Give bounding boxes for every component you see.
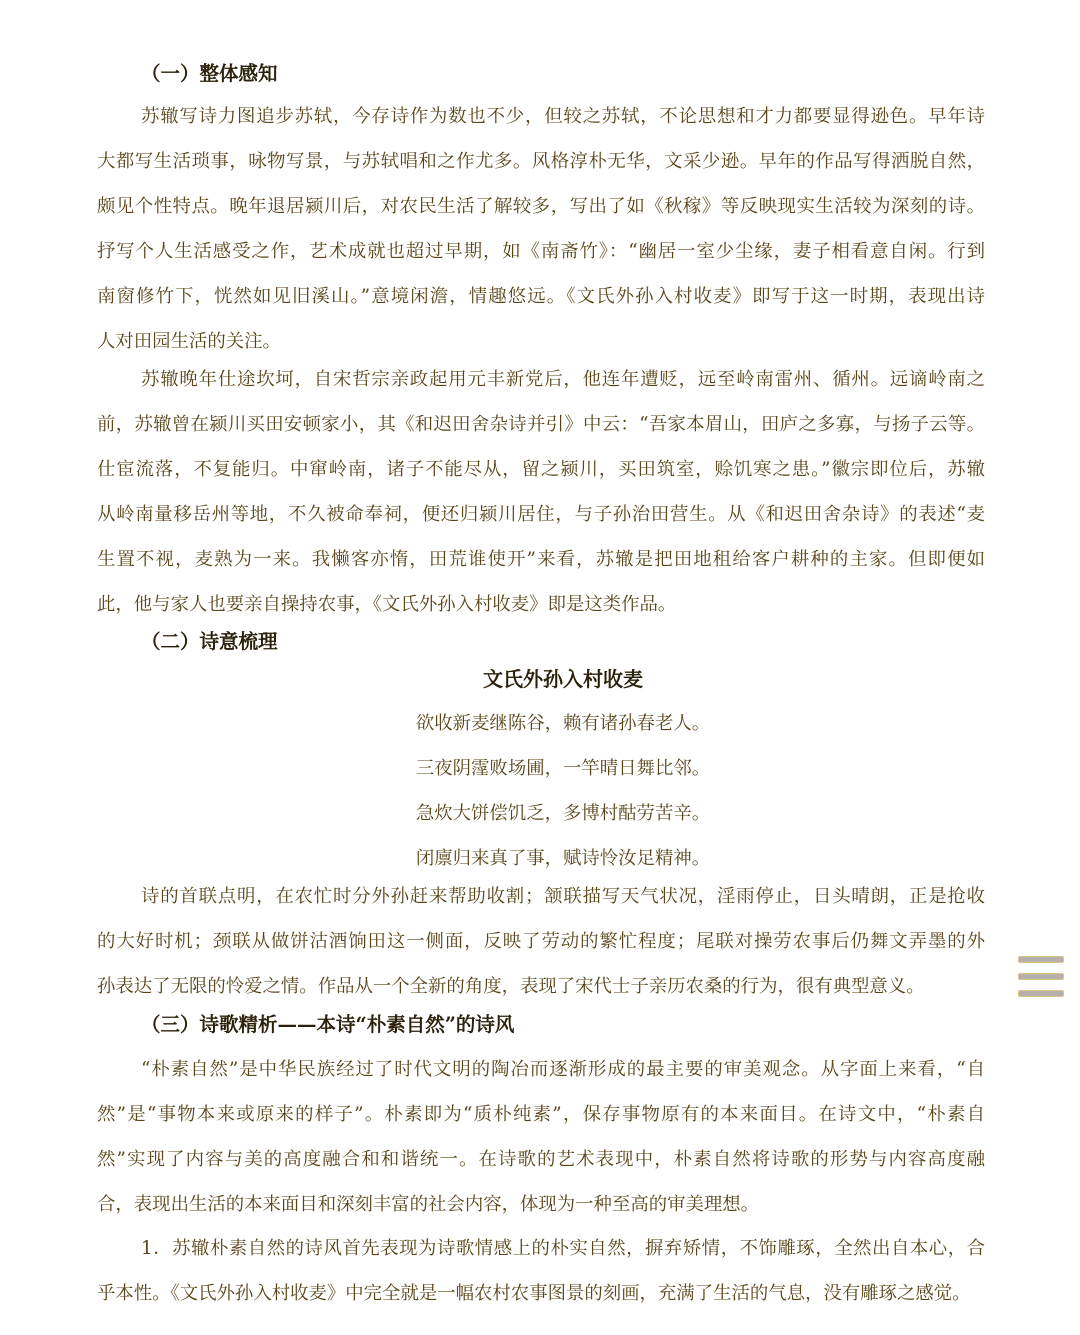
paragraph-2: 苏辙晚年仕途坎坷，自宋哲宗亲政起用元丰新党后，他连年遭贬，远至岭南雷州、循州。远… [97, 357, 985, 627]
paragraph-line: 抒写个人生活感受之作，艺术成就也超过早期，如《南斋竹》：“幽居一室少尘缘，妻子相… [97, 229, 985, 274]
paragraph-line: 然”是“事物本来或原来的样子”。朴素即为“质朴纯素”，保存事物原有的本来面目。在… [97, 1092, 985, 1137]
poem-line: 欲收新麦继陈谷，赖有诸孙春老人。 [141, 701, 985, 746]
poem-title: 文氏外孙入村收麦 [141, 657, 985, 702]
paragraph-line: 然”实现了内容与美的高度融合和和谐统一。在诗歌的艺术表现中，朴素自然将诗歌的形势… [97, 1137, 985, 1182]
poem: 欲收新麦继陈谷，赖有诸孙春老人。 三夜阴霪败场圃，一竿晴日舞比邻。 急炊大饼偿饥… [141, 701, 985, 881]
paragraph-line: 合，表现出生活的本来面目和深刻丰富的社会内容，体现为一种至高的审美理想。 [97, 1182, 985, 1227]
paragraph-line: 南窗修竹下，恍然如见旧溪山。”意境闲澹，情趣悠远。《文氏外孙入村收麦》即写于这一… [97, 274, 985, 319]
paragraph-line: 颇见个性特点。晚年退居颍川后，对农民生活了解较多，写出了如《秋稼》等反映现实生活… [97, 184, 985, 229]
section-heading-3: （三）诗歌精析——本诗“朴素自然”的诗风 [97, 1002, 985, 1047]
paragraph-1: 苏辙写诗力图追步苏轼，今存诗作为数也不少，但较之苏轼，不论思想和才力都要显得逊色… [97, 94, 985, 364]
paragraph-line: 大都写生活琐事，咏物写景，与苏轼唱和之作尤多。风格淳朴无华，文采少逊。早年的作品… [97, 139, 985, 184]
paragraph-line: 前，苏辙曾在颍川买田安顿家小，其《和迟田舍杂诗并引》中云：“吾家本眉山，田庐之多… [97, 402, 985, 447]
paragraph-line: 生置不视，麦熟为一来。我懒客亦惰，田荒谁使开”来看，苏辙是把田地租给客户耕种的主… [97, 537, 985, 582]
poem-line: 急炊大饼偿饥乏，多博村酤劳苦辛。 [141, 791, 985, 836]
paragraph-line: “朴素自然”是中华民族经过了时代文明的陶冶而逐渐形成的最主要的审美观念。从字面上… [97, 1047, 985, 1092]
section-heading-1: （一）整体感知 [97, 51, 985, 96]
handle-bar-icon [1018, 956, 1064, 963]
paragraph-line: 苏辙晚年仕途坎坷，自宋哲宗亲政起用元丰新党后，他连年遭贬，远至岭南雷州、循州。远… [97, 357, 985, 402]
paragraph-5: 1．苏辙朴素自然的诗风首先表现为诗歌情感上的朴实自然，摒弃矫情，不饰雕琢，全然出… [97, 1226, 985, 1316]
paragraph-line: 乎本性。《文氏外孙入村收麦》中完全就是一幅农村农事图景的刻画，充满了生活的气息，… [97, 1271, 985, 1316]
paragraph-line: 从岭南量移岳州等地，不久被命奉祠，便还归颍川居住，与子孙治田营生。从《和迟田舍杂… [97, 492, 985, 537]
page-drag-handle[interactable] [1018, 956, 1064, 1007]
paragraph-line: 1．苏辙朴素自然的诗风首先表现为诗歌情感上的朴实自然，摒弃矫情，不饰雕琢，全然出… [97, 1226, 985, 1271]
paragraph-line: 的大好时机；颈联从做饼沽酒饷田这一侧面，反映了劳动的繁忙程度；尾联对操劳农事后仍… [97, 919, 985, 964]
poem-line: 三夜阴霪败场圃，一竿晴日舞比邻。 [141, 746, 985, 791]
paragraph-line: 诗的首联点明，在农忙时分外孙赶来帮助收割；颔联描写天气状况，淫雨停止，日头晴朗，… [97, 874, 985, 919]
paragraph-line: 苏辙写诗力图追步苏轼，今存诗作为数也不少，但较之苏轼，不论思想和才力都要显得逊色… [97, 94, 985, 139]
handle-bar-icon [1018, 973, 1064, 980]
paragraph-3: 诗的首联点明，在农忙时分外孙赶来帮助收割；颔联描写天气状况，淫雨停止，日头晴朗，… [97, 874, 985, 1009]
handle-bar-icon [1018, 990, 1064, 997]
paragraph-line: 仕宦流落，不复能归。中窜岭南，诸子不能尽从，留之颍川，买田筑室，赊饥寒之患。”徽… [97, 447, 985, 492]
paragraph-4: “朴素自然”是中华民族经过了时代文明的陶冶而逐渐形成的最主要的审美观念。从字面上… [97, 1047, 985, 1227]
document-page: （一）整体感知 苏辙写诗力图追步苏轼，今存诗作为数也不少，但较之苏轼，不论思想和… [0, 0, 1080, 1335]
